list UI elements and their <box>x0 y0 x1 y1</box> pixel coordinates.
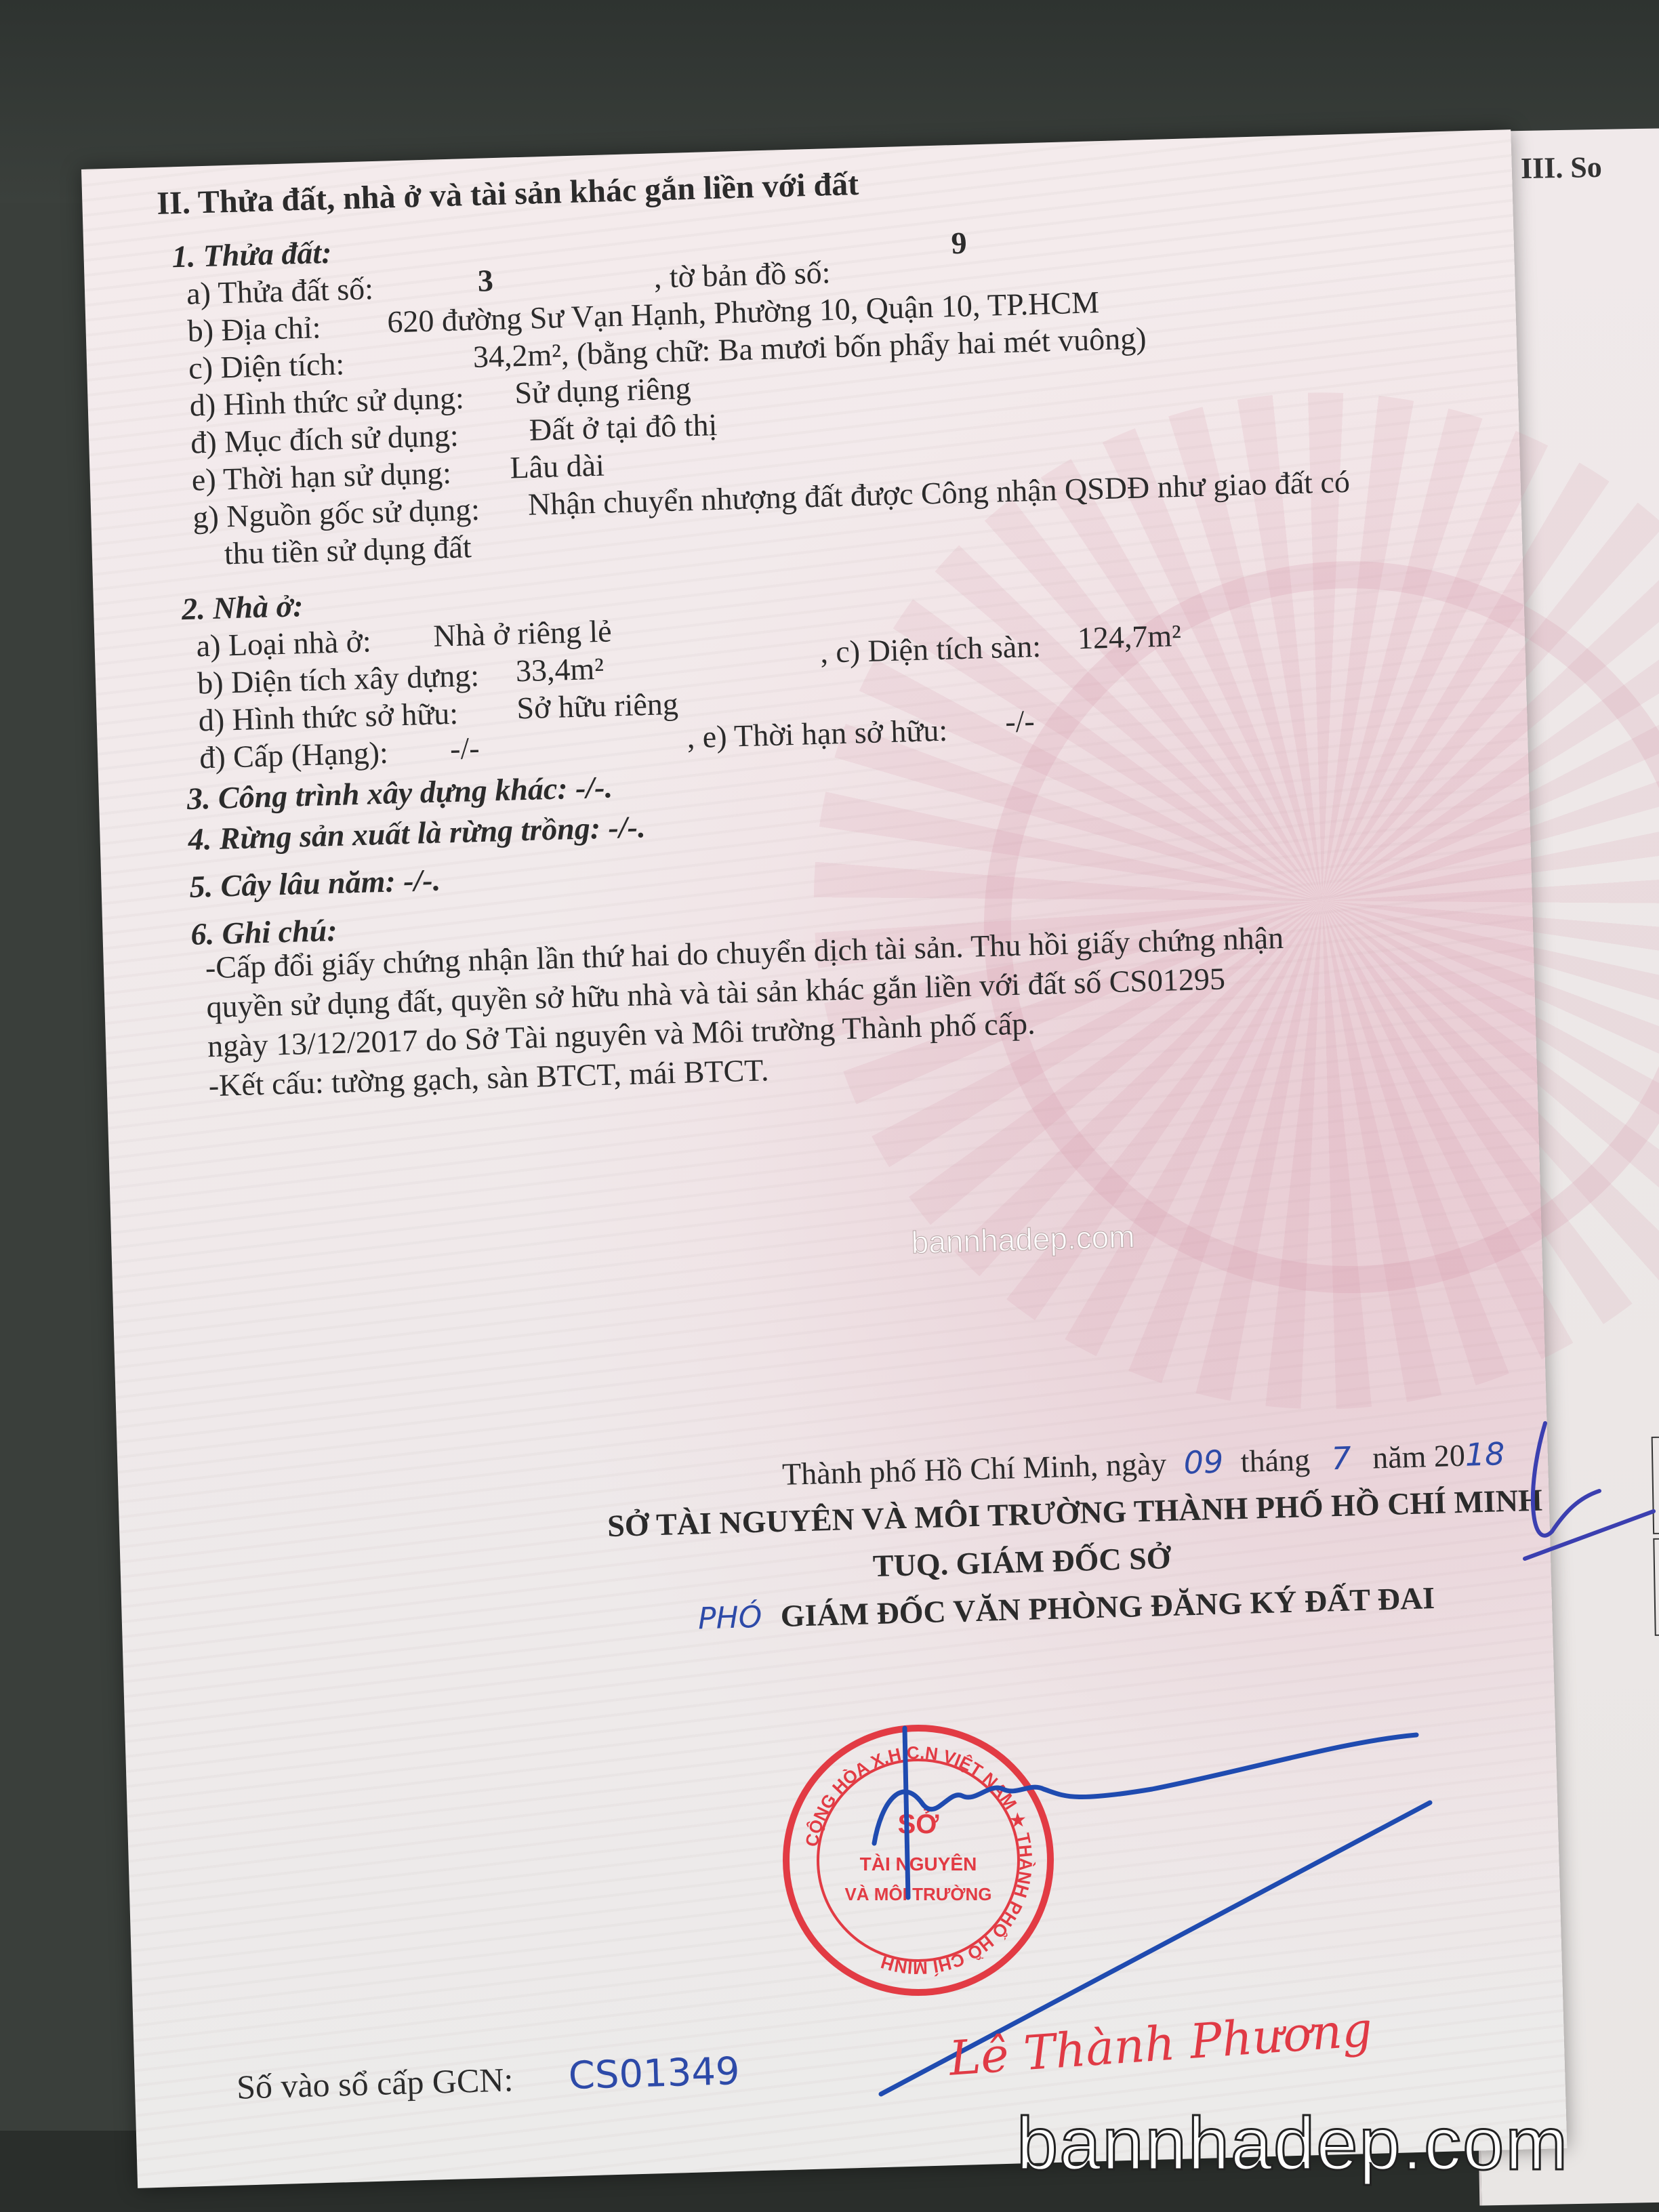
watermark-corner: bannhadep.com <box>1017 2101 1569 2187</box>
handwritten-signature <box>0 0 1659 2212</box>
